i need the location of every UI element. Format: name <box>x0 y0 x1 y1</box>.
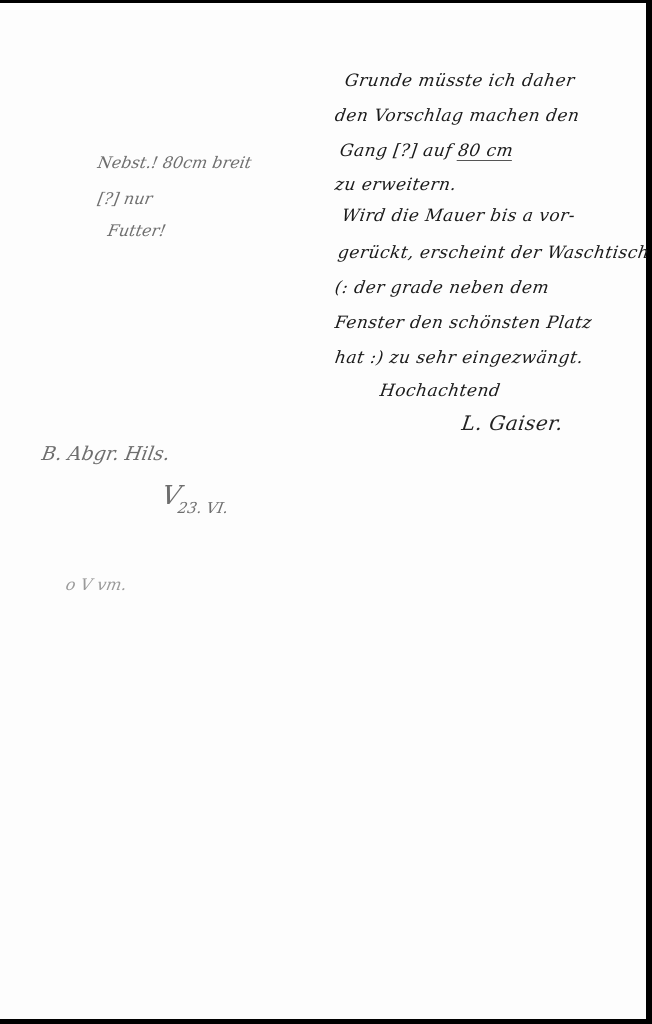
margin-note-line-3: Futter! <box>106 221 167 240</box>
annotation-line-1: B. Abgr. Hils. <box>40 443 172 465</box>
main-line-1: Grunde müsste ich daher <box>344 71 577 91</box>
main-line-3-text: Gang [?] auf <box>339 141 454 161</box>
margin-note-line-2: [?] nur <box>96 189 154 208</box>
underlined-width: 80 cm <box>457 141 515 161</box>
main-line-8: Fenster den schönsten Platz <box>334 313 594 333</box>
main-line-2: den Vorschlag machen den <box>334 106 581 126</box>
annotation-date: 23. VI. <box>176 499 229 517</box>
signature: L. Gaiser. <box>460 411 564 435</box>
main-line-3: Gang [?] auf 80 cm <box>339 141 515 161</box>
main-line-6: gerückt, erscheint der Waschtisch <box>337 243 651 263</box>
main-line-9: hat :) zu sehr eingezwängt. <box>334 348 585 368</box>
margin-note-line-1: Nebst.! 80cm breit <box>96 153 253 172</box>
bottom-note: o V vm. <box>64 575 128 594</box>
main-line-4: zu erweitern. <box>334 175 458 195</box>
document-page: Grunde müsste ich daher den Vorschlag ma… <box>0 3 646 1019</box>
main-line-5: Wird die Mauer bis a vor- <box>341 206 577 226</box>
main-line-7: (: der grade neben dem <box>334 278 551 298</box>
closing-phrase: Hochachtend <box>379 381 502 401</box>
